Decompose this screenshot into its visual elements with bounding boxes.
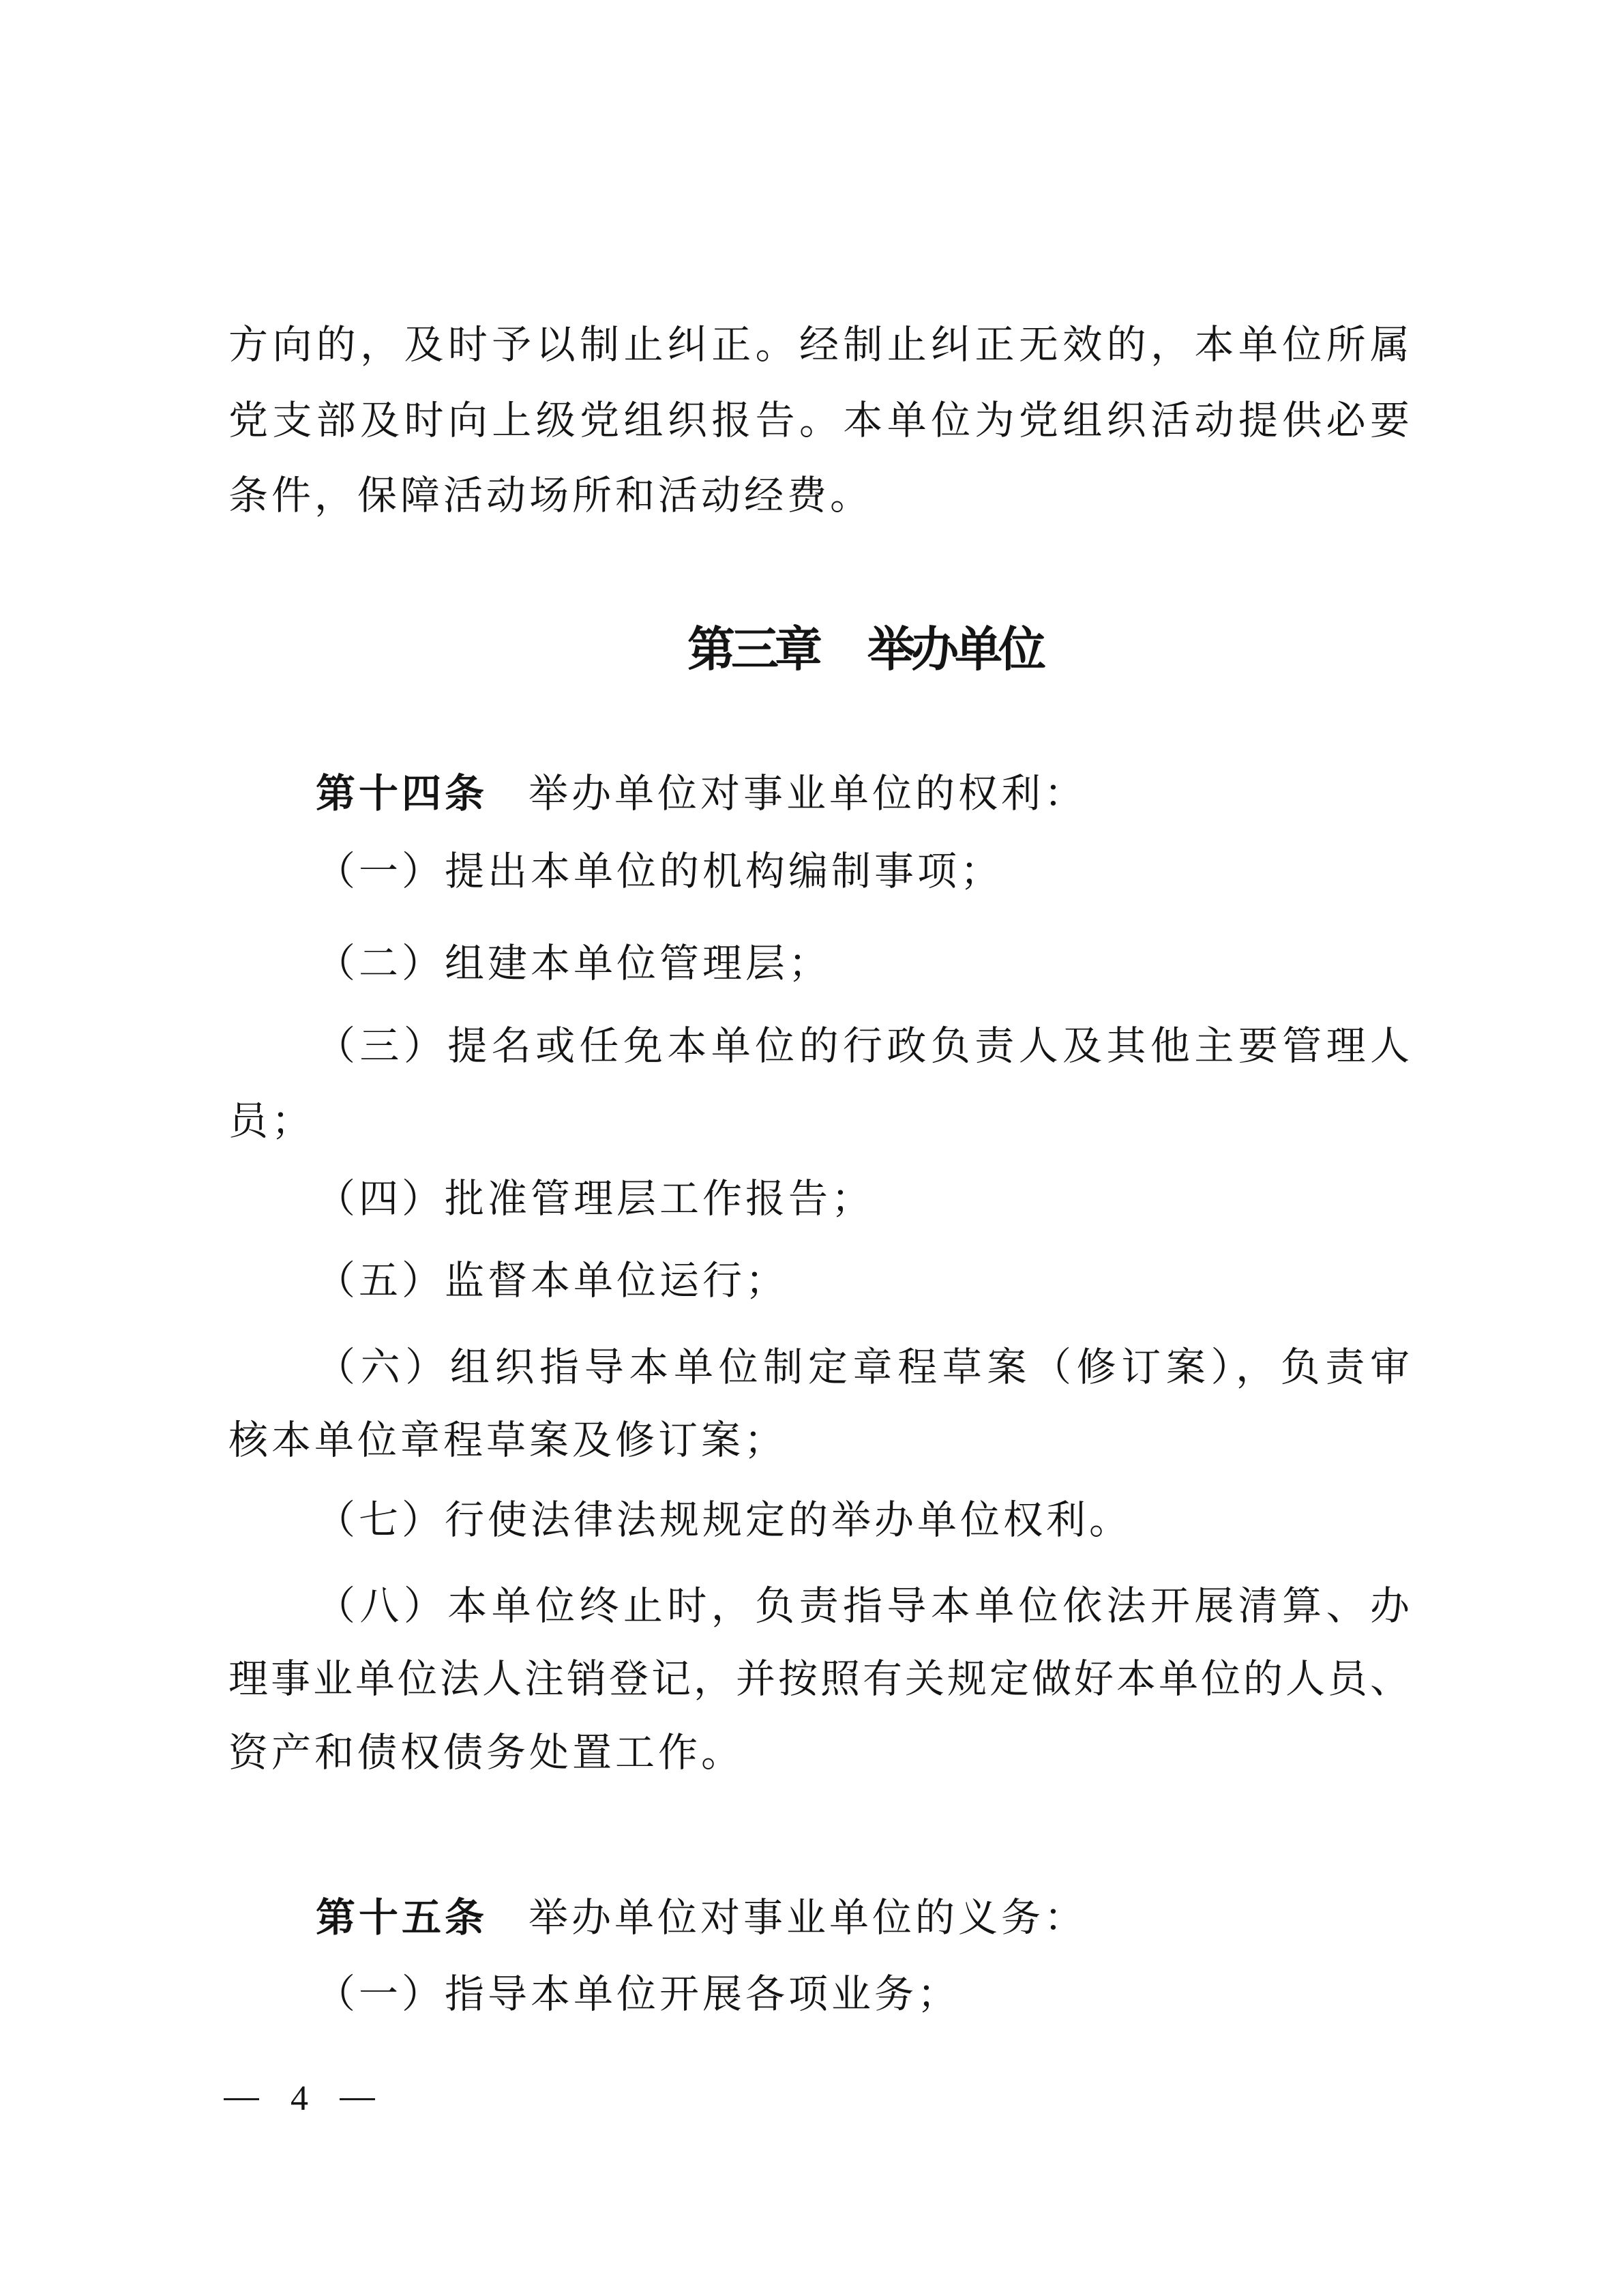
article-intro: 举办单位对事业单位的权利：: [528, 770, 1087, 816]
list-item: （三）提名或任免本单位的行政负责人及其他主要管理人: [316, 1012, 1410, 1080]
article-14-header: 第十四条举办单位对事业单位的权利：: [316, 759, 1087, 827]
dash-right: [340, 2098, 375, 2100]
article-intro: 举办单位对事业单位的义务：: [528, 1894, 1087, 1941]
article-label: 第十四条: [316, 770, 488, 816]
chapter-title: 举办单位: [867, 621, 1042, 677]
chapter-heading: 第三章举办单位: [687, 615, 1042, 683]
page-number-value: 4: [259, 2078, 340, 2119]
list-item-continuation: 理事业单位法人注销登记，并按照有关规定做好本单位的人员、: [228, 1645, 1410, 1713]
dash-left: [224, 2098, 259, 2100]
list-item: （一）指导本单位开展各项业务；: [316, 1960, 960, 2028]
list-item: （四）批准管理层工作报告；: [316, 1164, 874, 1233]
list-item-continuation: 员；: [228, 1087, 314, 1155]
list-item: （五）监督本单位运行；: [316, 1246, 788, 1314]
list-item: （八）本单位终止时，负责指导本单位依法开展清算、办: [316, 1572, 1410, 1640]
paragraph-line: 方向的，及时予以制止纠正。经制止纠正无效的，本单位所属: [228, 310, 1410, 379]
list-item-continuation: 核本单位章程草案及修订案；: [228, 1406, 787, 1474]
list-item: （一）提出本单位的机构编制事项；: [316, 837, 1003, 905]
paragraph-line: 条件，保障活动场所和活动经费。: [228, 461, 873, 529]
article-15-header: 第十五条举办单位对事业单位的义务：: [316, 1883, 1087, 1952]
chapter-number: 第三章: [687, 621, 818, 677]
document-page: 方向的，及时予以制止纠正。经制止纠正无效的，本单位所属 党支部及时向上级党组织报…: [0, 0, 1623, 2296]
list-item: （六）组织指导本单位制定章程草案（修订案），负责审: [316, 1333, 1410, 1401]
list-item-continuation: 资产和债权债务处置工作。: [228, 1718, 744, 1786]
paragraph-line: 党支部及时向上级党组织报告。本单位为党组织活动提供必要: [228, 386, 1410, 454]
list-item: （七）行使法律法规规定的举办单位权利。: [316, 1486, 1132, 1554]
page-number: 4: [224, 2078, 375, 2119]
list-item: （二）组建本单位管理层；: [316, 929, 831, 997]
article-label: 第十五条: [316, 1894, 488, 1941]
